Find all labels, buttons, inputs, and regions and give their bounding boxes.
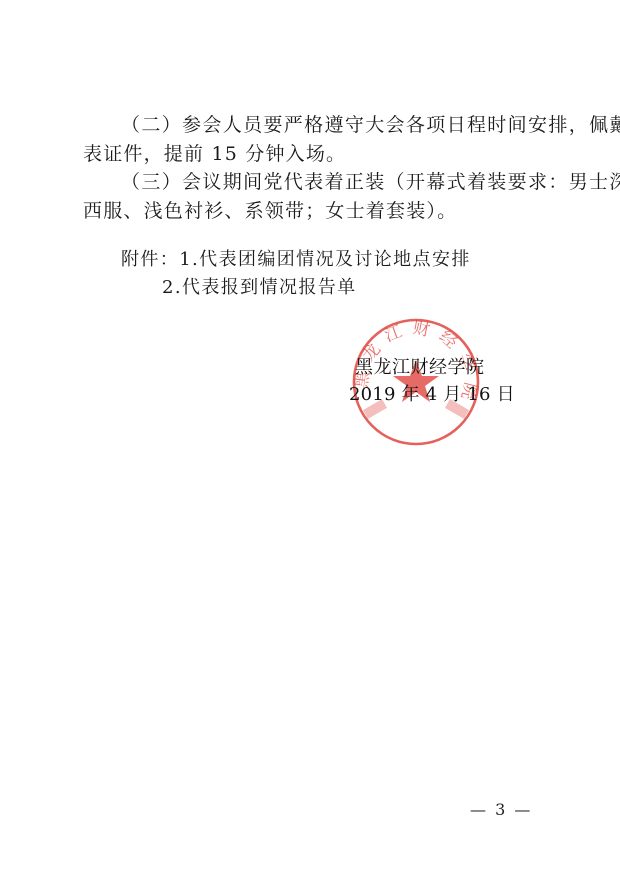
paragraph-3-line-2: 西服、浅色衬衫、系领带；女士着套装）。 [83, 199, 457, 223]
paragraph-2-line-2: 表证件，提前 15 分钟入场。 [83, 142, 346, 166]
document-page: （二）参会人员要严格遵守大会各项日程时间安排，佩戴代 表证件，提前 15 分钟入… [0, 0, 620, 877]
attachment-item-1: 1.代表团编团情况及讨论地点安排 [179, 249, 471, 270]
signature-date: 2019 年 4 月 16 日 [349, 384, 515, 406]
official-seal-icon: 黑龙江财经学院 [350, 316, 482, 448]
page-number: — 3 — [470, 800, 532, 820]
attachment-item-2: 2.代表报到情况报告单 [162, 276, 357, 300]
paragraph-3-line-1: （三）会议期间党代表着正装（开幕式着装要求：男士深色 [121, 170, 620, 194]
signature-organization: 黑龙江财经学院 [355, 357, 485, 379]
attachment-label: 附件： [121, 249, 179, 270]
attachment-line-1: 附件：1.代表团编团情况及讨论地点安排 [121, 248, 471, 272]
paragraph-2-line-1: （二）参会人员要严格遵守大会各项日程时间安排，佩戴代 [121, 113, 620, 137]
